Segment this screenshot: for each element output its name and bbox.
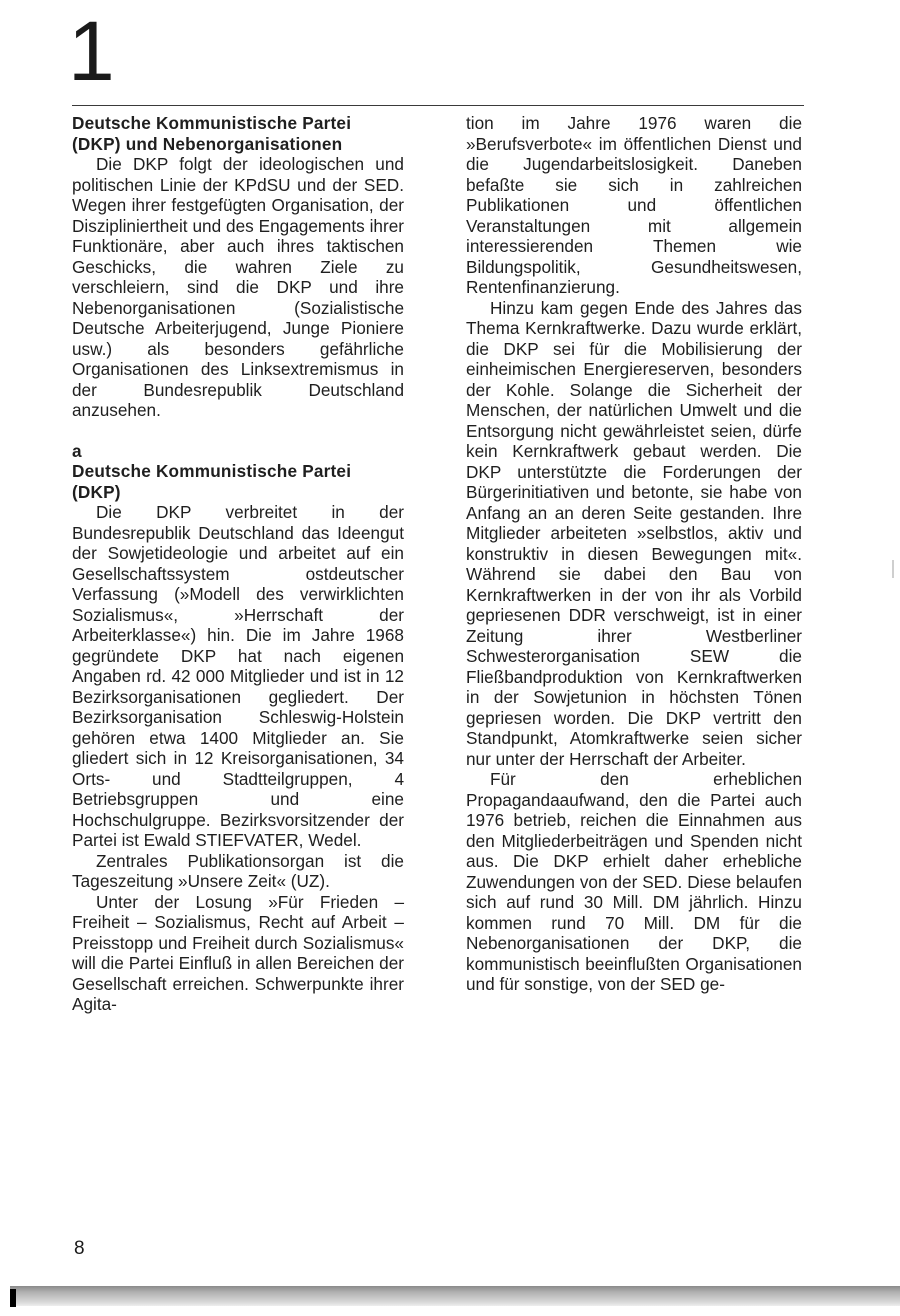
section-letter: a (72, 441, 404, 462)
section-heading: Deutsche Kommunistische Partei (DKP) (72, 461, 404, 502)
page-number: 8 (74, 1238, 85, 1260)
section-spacer (72, 421, 404, 441)
scan-edge-bar (10, 1286, 900, 1306)
body-paragraph: Zentrales Publikationsorgan ist die Tage… (72, 851, 404, 892)
top-rule-divider (72, 105, 804, 106)
body-paragraph: Für den erheblichen Propagandaaufwand, d… (466, 769, 802, 995)
chapter-number: 1 (68, 6, 113, 96)
intro-paragraph: Die DKP folgt der ideologischen und poli… (72, 154, 404, 421)
body-paragraph: Die DKP verbreitet in der Bundesrepublik… (72, 502, 404, 851)
chapter-heading: Deutsche Kommunistische Partei (DKP) und… (72, 113, 404, 154)
right-column: tion im Jahre 1976 waren die »Berufsverb… (466, 113, 802, 995)
body-paragraph: Hinzu kam gegen Ende des Jahres das Them… (466, 298, 802, 770)
continuation-paragraph: tion im Jahre 1976 waren die »Berufsverb… (466, 113, 802, 298)
body-paragraph: Unter der Losung »Für Frieden – Freiheit… (72, 892, 404, 1015)
scan-edge-mark (10, 1289, 16, 1307)
scan-margin-mark (892, 560, 894, 578)
left-column: Deutsche Kommunistische Partei (DKP) und… (72, 113, 404, 1015)
